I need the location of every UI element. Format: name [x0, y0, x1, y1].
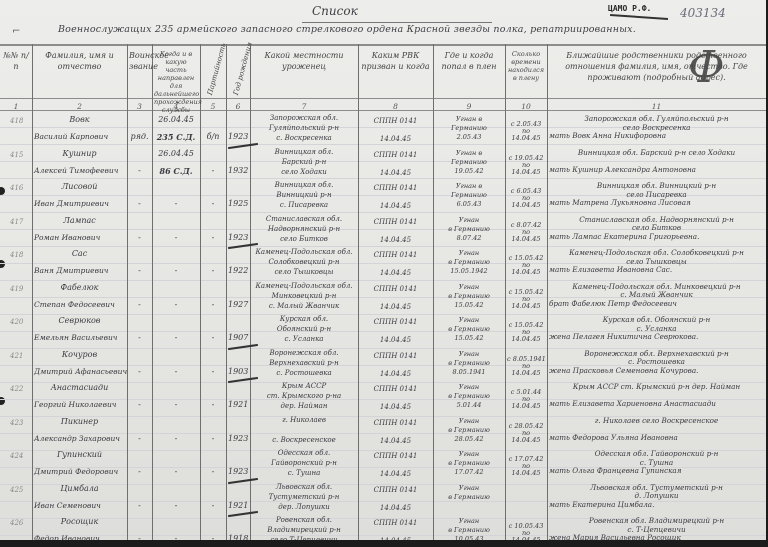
sent-date: - — [154, 266, 198, 276]
origin-line: Верхнехавский р-н — [252, 358, 356, 368]
rvk-name: СППН 0141 — [360, 451, 431, 461]
captured-line: 6.05.43 — [435, 199, 503, 209]
rvk-name: СППН 0141 — [360, 150, 431, 160]
surname: Сас — [34, 249, 125, 259]
origin-line: Винницкий р-н — [252, 190, 356, 200]
origin-line: г. Николаев — [252, 415, 356, 425]
sent-date: - — [154, 467, 198, 477]
rvk-name: СППН 0141 — [360, 317, 431, 327]
surname: Пикинер — [34, 417, 125, 427]
rank: - — [129, 199, 150, 209]
column-number-6: 6 — [226, 102, 250, 111]
row-number: 418 — [2, 116, 38, 126]
given-name-patronymic: Роман Иванович — [34, 233, 125, 243]
origin-line: Надворнянский р-н — [252, 224, 356, 234]
table-row[interactable]: 418ВовкВасилий Карповичряд.26.04.45235 С… — [0, 114, 766, 148]
scan-border — [0, 540, 768, 547]
birth-year: 1921 — [228, 501, 248, 511]
column-number-7: 7 — [250, 102, 358, 111]
party: - — [202, 300, 224, 310]
origin-line: село Ходаки — [252, 167, 356, 177]
origin-line: Каменец-Подольская обл. — [252, 281, 356, 291]
birth-year: 1922 — [228, 266, 248, 276]
column-header-10: Сколько времени находился в плену — [507, 50, 545, 82]
party: - — [202, 434, 224, 444]
column-number-10: 10 — [505, 102, 547, 111]
birth-year: 1927 — [228, 300, 248, 310]
origin-line: с. Малый Жванчик — [252, 301, 356, 311]
rvk-date: 14.04.45 — [360, 503, 431, 513]
table-row[interactable]: 419ФабелюкСтепан Федосеевич---1927Камене… — [0, 282, 766, 316]
surname: Кочуров — [34, 350, 125, 360]
table-row[interactable]: 422АнастасиадиГеоргий Николаевич---1921К… — [0, 382, 766, 416]
party: - — [202, 467, 224, 477]
title-underline — [302, 22, 492, 23]
row-number: 417 — [2, 217, 38, 227]
relatives-line: жена Прасковья Семеновна Кочурова. — [549, 366, 764, 376]
captured-line: 8.07.42 — [435, 233, 503, 243]
archive-stamp: ЦАМО Р.Ф. — [608, 4, 651, 13]
rvk-name: СППН 0141 — [360, 351, 431, 361]
given-name-patronymic: Александр Захарович — [34, 434, 125, 444]
origin-line: Крым АССР — [252, 381, 356, 391]
rvk-name: СППН 0141 — [360, 284, 431, 294]
origin-line: Одесская обл. — [252, 448, 356, 458]
rank: ряд. — [129, 132, 150, 142]
column-number-2: 2 — [32, 102, 127, 111]
birth-year: 1903 — [228, 367, 248, 377]
row-number: 416 — [2, 183, 38, 193]
row-number: 415 — [2, 150, 38, 160]
row-number: 425 — [2, 485, 38, 495]
captured-line: 5.01.44 — [435, 400, 503, 410]
given-name-patronymic: Ваня Дмитриевич — [34, 266, 125, 276]
party: - — [202, 367, 224, 377]
birth-year: 1923 — [228, 233, 248, 243]
rvk-date: 14.04.45 — [360, 335, 431, 345]
surname: Лампас — [34, 216, 125, 226]
row-number: 420 — [2, 317, 38, 327]
rank: - — [129, 434, 150, 444]
origin-line: Обоянский р-н — [252, 324, 356, 334]
sent-unit: 86 С.Д. — [154, 166, 198, 176]
rank: - — [129, 400, 150, 410]
surname: Севрюков — [34, 316, 125, 326]
origin-line: Солобковецкий р-н — [252, 257, 356, 267]
rvk-name: СППН 0141 — [360, 217, 431, 227]
party: - — [202, 266, 224, 276]
birth-year: 1921 — [228, 400, 248, 410]
origin-line: Львовская обл. — [252, 482, 356, 492]
given-name-patronymic: Алексей Тимофеевич — [34, 166, 125, 176]
given-name-patronymic: Дмитрий Афанасьевич — [34, 367, 125, 377]
origin-line: с. Усланка — [252, 334, 356, 344]
rvk-name: СППН 0141 — [360, 418, 431, 428]
surname: Кушнир — [34, 149, 125, 159]
given-name-patronymic: Иван Семенович — [34, 501, 125, 511]
surname: Лисовой — [34, 182, 125, 192]
sent-date: 26.04.45 — [154, 149, 198, 159]
origin-line: ст. Крымского р-на — [252, 391, 356, 401]
column-number-1: 1 — [0, 102, 32, 111]
rvk-date: 14.04.45 — [360, 235, 431, 245]
corner-mark: ⌐ — [12, 26, 20, 37]
origin-line: с. Ростошевка — [252, 368, 356, 378]
captured-line: 28.05.42 — [435, 434, 503, 444]
sent-date: - — [154, 300, 198, 310]
origin-line: с. Воскресенка — [252, 133, 356, 143]
rvk-date: 14.04.45 — [360, 302, 431, 312]
table-row[interactable]: 423ПикинерАлександр Захарович---1923г. Н… — [0, 416, 766, 450]
sent-date: - — [154, 233, 198, 243]
origin-line: Ровенская обл. — [252, 515, 356, 525]
rvk-date: 14.04.45 — [360, 201, 431, 211]
rvk-name: СППН 0141 — [360, 250, 431, 260]
rvk-date: 14.04.45 — [360, 268, 431, 278]
relatives-line: мать Федорова Ульяна Ивановна — [549, 433, 764, 443]
table-row[interactable]: 417ЛампасРоман Иванович---1923Станиславс… — [0, 215, 766, 249]
table-row[interactable]: 416ЛисовойИван Дмитриевич---1925Винницка… — [0, 181, 766, 215]
captivity-period: 14.04.45 — [507, 302, 545, 310]
rvk-date: 14.04.45 — [360, 436, 431, 446]
origin-line: Владимирецкий р-н — [252, 525, 356, 535]
row-number: 423 — [2, 418, 38, 428]
table-row[interactable]: 421КочуровДмитрий Афанасьевич---1903Воро… — [0, 349, 766, 383]
origin-line: Станиславская обл. — [252, 214, 356, 224]
rank: - — [129, 367, 150, 377]
origin-line: Гуляйпольский р-н — [252, 123, 356, 133]
surname: Гупинский — [34, 450, 125, 460]
origin-line: Барский р-н — [252, 157, 356, 167]
birth-year: 1932 — [228, 166, 248, 176]
sent-date: - — [154, 400, 198, 410]
relatives-line: мать Ольга Францевна Гупинская — [549, 466, 764, 476]
surname: Цимбала — [34, 484, 125, 494]
captivity-period: 14.04.45 — [507, 469, 545, 477]
column-number-11: 11 — [547, 102, 766, 111]
column-number-8: 8 — [358, 102, 433, 111]
header-bottom-rule — [0, 98, 766, 99]
archive-number: 403134 — [680, 6, 726, 20]
captivity-period: 14.04.45 — [507, 335, 545, 343]
surname: Вовк — [34, 115, 125, 125]
relatives-line: жена Пелагея Никитична Севрюкова. — [549, 332, 764, 342]
captured-line: в Германию — [435, 492, 503, 502]
header-top-rule — [0, 44, 766, 46]
captured-line: 15.05.42 — [435, 333, 503, 343]
party: - — [202, 166, 224, 176]
origin-line: Воронежская обл. — [252, 348, 356, 358]
table-row[interactable]: 415КушнирАлексей Тимофеевич-26.04.4586 С… — [0, 148, 766, 182]
given-name-patronymic: Степан Федосеевич — [34, 300, 125, 310]
captivity-period: 14.04.45 — [507, 402, 545, 410]
row-number: 418 — [2, 250, 38, 260]
given-name-patronymic: Георгий Николаевич — [34, 400, 125, 410]
document-sheet: ⌐ Список Военнослужащих 235 армейского з… — [0, 0, 766, 540]
captured-line: 17.07.42 — [435, 467, 503, 477]
relatives-line: мать Елизавета Хариеновна Анастасиади — [549, 399, 764, 409]
origin-line: Минковецкий р-н — [252, 291, 356, 301]
column-number-4: 4 — [152, 102, 200, 111]
column-header-2: Фамилия, имя и отчество — [34, 50, 125, 72]
column-header-1: №№ п/п — [2, 50, 30, 72]
rank: - — [129, 233, 150, 243]
origin-line: с. Воскресенское — [252, 435, 356, 445]
relatives-line: г. Николаев село Воскресенское — [549, 416, 764, 426]
origin-line: с. Писаревка — [252, 200, 356, 210]
column-header-9: Где и когда попал в плен — [435, 50, 503, 72]
captivity-period: 14.04.45 — [507, 436, 545, 444]
stamp-bar — [610, 14, 668, 20]
captivity-period: 14.04.45 — [507, 134, 545, 142]
relatives-line: мать Кушнир Александра Антоновна — [549, 165, 764, 175]
rvk-name: СППН 0141 — [360, 384, 431, 394]
table-row[interactable]: 425ЦимбалаИван Семенович---1921Львовская… — [0, 483, 766, 517]
sent-date: - — [154, 501, 198, 511]
row-number: 422 — [2, 384, 38, 394]
document-subtitle: Военнослужащих 235 армейского запасного … — [58, 24, 636, 35]
sent-date: - — [154, 367, 198, 377]
table-row[interactable]: 424ГупинскийДмитрий Федорович---1923Одес… — [0, 449, 766, 483]
captured-line: 8.05.1941 — [435, 367, 503, 377]
party: - — [202, 199, 224, 209]
rvk-name: СППН 0141 — [360, 183, 431, 193]
rank: - — [129, 467, 150, 477]
relatives-line: брат Фабелюк Петр Федосеевич — [549, 299, 764, 309]
rank: - — [129, 266, 150, 276]
party: б/п — [202, 132, 224, 142]
origin-line: Винницкая обл. — [252, 180, 356, 190]
column-header-5: Партийность — [206, 42, 228, 96]
rvk-date: 14.04.45 — [360, 369, 431, 379]
rank: - — [129, 333, 150, 343]
captivity-period: 14.04.45 — [507, 369, 545, 377]
given-name-patronymic: Иван Дмитриевич — [34, 199, 125, 209]
origin-line: Каменец-Подольская обл. — [252, 247, 356, 257]
document-title: Список — [312, 4, 358, 18]
given-name-patronymic: Емельян Васильевич — [34, 333, 125, 343]
rvk-name: СППН 0141 — [360, 485, 431, 495]
birth-year: 1923 — [228, 467, 248, 477]
captured-line: 15.05.42 — [435, 300, 503, 310]
given-name-patronymic: Василий Карпович — [34, 132, 125, 142]
captured-line: 2.05.43 — [435, 132, 503, 142]
column-header-11: Ближайшие родственники родственного отно… — [549, 50, 764, 83]
party: - — [202, 333, 224, 343]
origin-line: с. Тушна — [252, 468, 356, 478]
rvk-date: 14.04.45 — [360, 168, 431, 178]
origin-line: Тустуметский р-н — [252, 492, 356, 502]
birth-year: 1907 — [228, 333, 248, 343]
column-header-3: Воинское звание — [129, 50, 150, 72]
surname: Фабелюк — [34, 283, 125, 293]
rank: - — [129, 300, 150, 310]
captivity-period: 14.04.45 — [507, 235, 545, 243]
sent-date: 26.04.45 — [154, 115, 198, 125]
sent-date: - — [154, 434, 198, 444]
surname: Росощик — [34, 517, 125, 527]
relatives-line: жена Мария Васильевна Росощик — [549, 533, 764, 540]
party: - — [202, 400, 224, 410]
surname: Анастасиади — [34, 383, 125, 393]
row-number: 421 — [2, 351, 38, 361]
relatives-line: мать Лампас Екатерина Григорьевна. — [549, 232, 764, 242]
row-number: 419 — [2, 284, 38, 294]
origin-line: дер. Найман — [252, 401, 356, 411]
birth-year: 1925 — [228, 199, 248, 209]
captivity-period: 14.04.45 — [507, 168, 545, 176]
origin-line: Гайворонский р-н — [252, 458, 356, 468]
party: - — [202, 233, 224, 243]
column-number-3: 3 — [127, 102, 152, 111]
birth-year: 1923 — [228, 434, 248, 444]
origin-line: дер. Лопушки — [252, 502, 356, 512]
captivity-period: 14.04.45 — [507, 268, 545, 276]
row-number: 424 — [2, 451, 38, 461]
table-row[interactable]: 420СеврюковЕмельян Васильевич---1907Курс… — [0, 315, 766, 349]
party: - — [202, 501, 224, 511]
table-row[interactable]: 426РосощикФедор Иванович---1918Ровенская… — [0, 516, 766, 540]
sent-unit: 235 С.Д. — [154, 132, 198, 142]
relatives-line: мать Екатерина Цимбала. — [549, 500, 764, 510]
sent-date: - — [154, 199, 198, 209]
column-header-8: Каким РВК призван и когда — [360, 50, 431, 72]
origin-line: Винницкая обл. — [252, 147, 356, 157]
birth-year: 1923 — [228, 132, 248, 142]
origin-line: Курская обл. — [252, 314, 356, 324]
relatives-line: мать Матрена Лукьяновна Лисовая — [549, 198, 764, 208]
rank: - — [129, 166, 150, 176]
rvk-date: 14.04.45 — [360, 469, 431, 479]
given-name-patronymic: Дмитрий Федорович — [34, 467, 125, 477]
captured-line: 15.05.1942 — [435, 266, 503, 276]
captured-line: 19.05.42 — [435, 166, 503, 176]
column-header-7: Какой местности уроженец — [252, 50, 356, 72]
origin-line: село Тышковцы — [252, 267, 356, 277]
rank: - — [129, 501, 150, 511]
rvk-date: 14.04.45 — [360, 134, 431, 144]
column-number-5: 5 — [200, 102, 226, 111]
column-number-9: 9 — [433, 102, 505, 111]
origin-line: село Битков — [252, 234, 356, 244]
origin-line: Запорожская обл. — [252, 113, 356, 123]
sent-date: - — [154, 333, 198, 343]
relatives-line: Крым АССР ст. Крымский р-н дер. Найман — [549, 382, 764, 392]
relatives-line: мать Вовк Анна Никифоровна — [549, 131, 764, 141]
row-number: 426 — [2, 518, 38, 528]
relatives-line: Винницкая обл. Барский р-н село Ходаки — [549, 148, 764, 158]
rvk-name: СППН 0141 — [360, 518, 431, 528]
relatives-line: мать Елизавета Ивановна Сас. — [549, 265, 764, 275]
rvk-date: 14.04.45 — [360, 402, 431, 412]
captivity-period: 14.04.45 — [507, 201, 545, 209]
rvk-name: СППН 0141 — [360, 116, 431, 126]
table-row[interactable]: 418СасВаня Дмитриевич---1922Каменец-Подо… — [0, 248, 766, 282]
